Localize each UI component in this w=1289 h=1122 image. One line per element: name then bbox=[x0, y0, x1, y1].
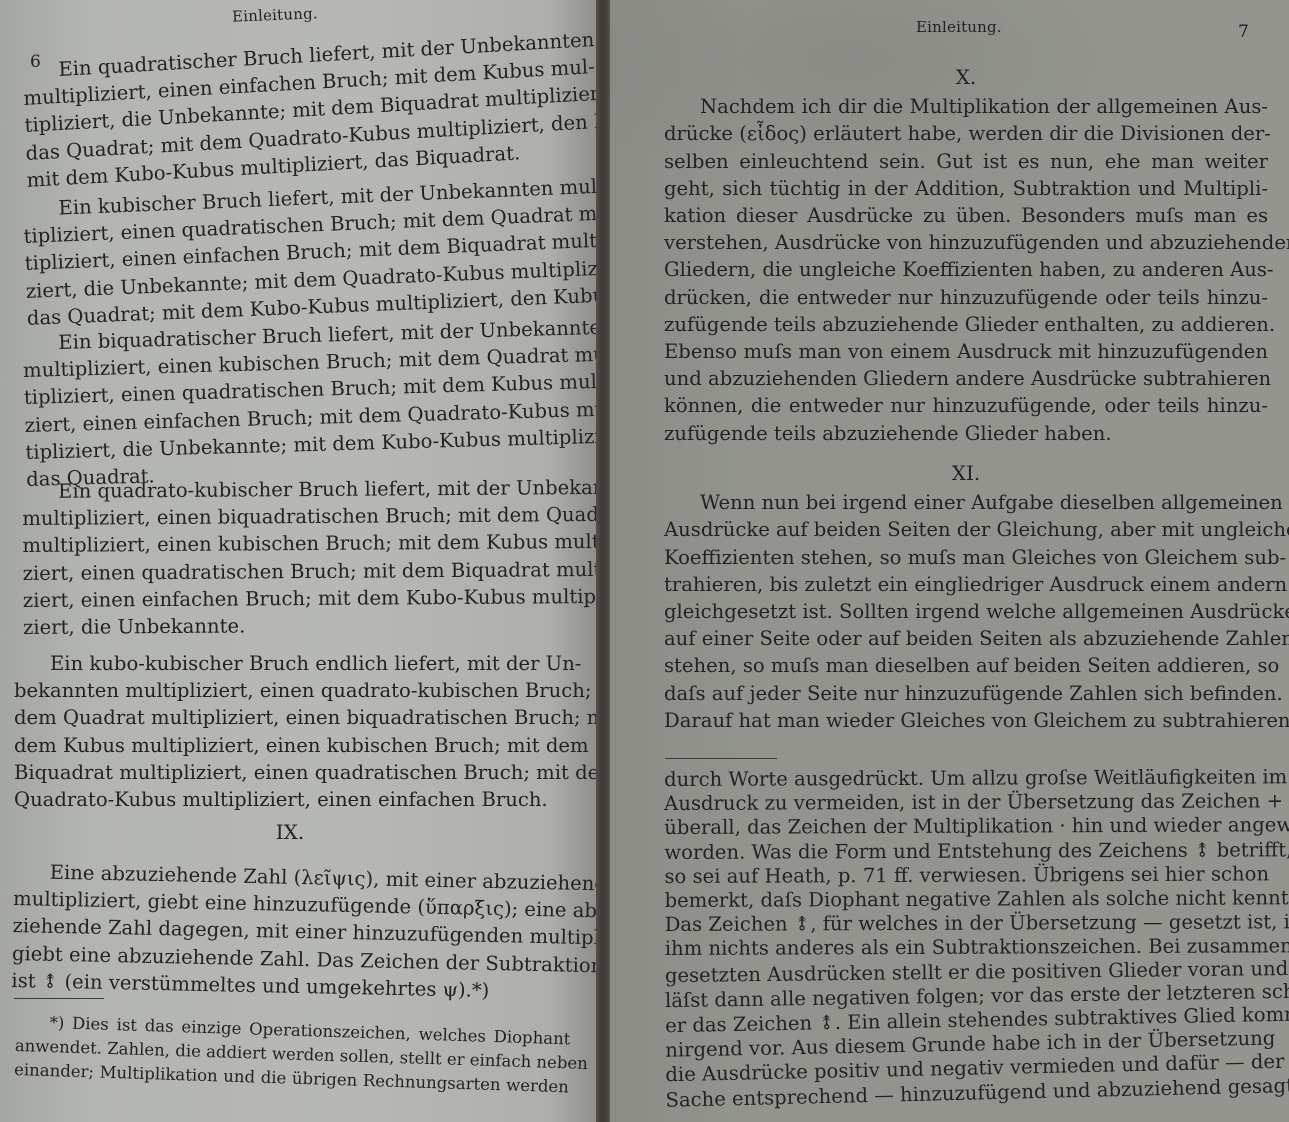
text-line: und abzuziehenden Gliedern andere Ausdrü… bbox=[664, 365, 1268, 392]
text-line: Ebenso muſs man von einem Ausdruck mit h… bbox=[664, 338, 1268, 365]
left-page: Einleitung. 6 Ein quadratischer Bruch li… bbox=[0, 0, 597, 1122]
footnote-line: worden. Was die Form und Entstehung des … bbox=[664, 838, 1268, 865]
running-head-right: Einleitung. bbox=[916, 18, 1002, 36]
text-line: dem Quadrat multipliziert, einen biquadr… bbox=[14, 704, 566, 731]
text-line: drücke (εἶδος) erläutert habe, werden di… bbox=[664, 120, 1268, 147]
text-line: selben einleuchtend sein. Gut ist es nun… bbox=[664, 148, 1268, 175]
footnote-line: durch Worte ausgedrückt. Um allzu groſse… bbox=[664, 765, 1268, 792]
left-paragraph-2: Ein kubischer Bruch liefert, mit der Unb… bbox=[22, 174, 572, 332]
text-line: gleichgesetzt ist. Sollten irgend welche… bbox=[664, 598, 1268, 625]
book-gutter bbox=[596, 0, 611, 1122]
text-line: Gliedern, die ungleiche Koeffizienten ha… bbox=[664, 256, 1268, 283]
text-line: ziert, einen einfachen Bruch; mit dem Ku… bbox=[23, 583, 568, 614]
left-paragraph-4: Ein quadrato-kubischer Bruch liefert, mi… bbox=[22, 474, 568, 641]
running-head-left: Einleitung. bbox=[232, 4, 318, 25]
text-line: können, die entweder nur hinzuzufügende,… bbox=[664, 392, 1268, 419]
text-line: Koeffizienten stehen, so muſs man Gleich… bbox=[664, 544, 1268, 571]
section-heading-xi: XI. bbox=[664, 460, 1268, 489]
text-line: bekannten multipliziert, einen quadrato-… bbox=[14, 677, 566, 704]
footnote-line: Ausdruck zu vermeiden, ist in der Überse… bbox=[664, 790, 1268, 817]
footnote-rule-left bbox=[14, 998, 104, 999]
section-heading-x: X. bbox=[664, 64, 1268, 93]
text-line: dem Kubus multipliziert, einen kubischen… bbox=[14, 732, 566, 759]
text-line: Quadrato-Kubus multipliziert, einen einf… bbox=[14, 786, 566, 813]
text-line: verstehen, Ausdrücke von hinzuzufügenden… bbox=[664, 229, 1268, 256]
text-line: Wenn nun bei irgend einer Aufgabe diesel… bbox=[664, 489, 1268, 516]
footnote-left: *) Dies ist das einzige Operationszeiche… bbox=[14, 1010, 571, 1099]
text-line: daſs auf jeder Seite nur hinzuzufügende … bbox=[664, 680, 1268, 707]
text-line: zufügende teils abzuziehende Glieder hab… bbox=[664, 420, 1268, 447]
text-line: multipliziert, einen kubischen Bruch; mi… bbox=[22, 529, 567, 560]
footnote-line: überall, das Zeichen der Multiplikation … bbox=[664, 814, 1268, 841]
section-xi: XI. Wenn nun bei irgend einer Aufgabe di… bbox=[664, 460, 1268, 734]
text-line: Ein quadrato-kubischer Bruch liefert, mi… bbox=[22, 474, 567, 505]
text-line: Darauf hat man wieder Gleiches von Gleic… bbox=[664, 707, 1268, 734]
text-line: zufügende teils abzuziehende Glieder ent… bbox=[664, 311, 1268, 338]
footnote-line: so sei auf Heath, p. 71 ff. verwiesen. Ü… bbox=[664, 862, 1268, 889]
text-line: Biquadrat multipliziert, einen quadratis… bbox=[14, 759, 566, 786]
section-x: X. Nachdem ich dir die Multiplikation de… bbox=[664, 64, 1268, 447]
text-line: auf einer Seite oder auf beiden Seiten a… bbox=[664, 625, 1268, 652]
page-number-right: 7 bbox=[1238, 22, 1249, 42]
text-line: drücken, die entweder nur hinzuzufügende… bbox=[664, 284, 1268, 311]
left-paragraph-5: Ein kubo-kubischer Bruch endlich liefert… bbox=[14, 650, 566, 850]
section-ix-body: Eine abzuziehende Zahl (λεῖψις), mit ein… bbox=[11, 858, 570, 1006]
text-line: stehen, so muſs man dieselben auf beiden… bbox=[664, 652, 1268, 679]
text-line: Nachdem ich dir die Multiplikation der a… bbox=[664, 93, 1268, 120]
text-line: Ein kubo-kubischer Bruch endlich liefert… bbox=[14, 650, 566, 677]
text-line: kation dieser Ausdrücke zu üben. Besonde… bbox=[664, 202, 1268, 229]
text-line: trahieren, bis zuletzt ein eingliedriger… bbox=[664, 571, 1268, 598]
footnote-line: Das Zeichen ⥉, für welches in der Überse… bbox=[665, 911, 1269, 938]
footnote-line: bemerkt, daſs Diophant negative Zahlen a… bbox=[665, 886, 1269, 913]
text-line: multipliziert, einen biquadratischen Bru… bbox=[22, 501, 567, 532]
left-paragraph-1: Ein quadratischer Bruch liefert, mit der… bbox=[22, 28, 571, 194]
text-line: ziert, einen quadratischen Bruch; mit de… bbox=[23, 556, 568, 587]
text-line: ziert, die Unbekannte. bbox=[23, 610, 568, 641]
section-heading-ix: IX. bbox=[14, 813, 566, 850]
left-paragraph-3: Ein biquadratischer Bruch liefert, mit d… bbox=[22, 315, 571, 493]
footnote-right: durch Worte ausgedrückt. Um allzu groſse… bbox=[664, 765, 1269, 1106]
text-line: geht, sich tüchtig in der Addition, Subt… bbox=[664, 175, 1268, 202]
text-line: Ausdrücke auf beiden Seiten der Gleichun… bbox=[664, 516, 1268, 543]
footnote-rule-right bbox=[665, 758, 777, 759]
